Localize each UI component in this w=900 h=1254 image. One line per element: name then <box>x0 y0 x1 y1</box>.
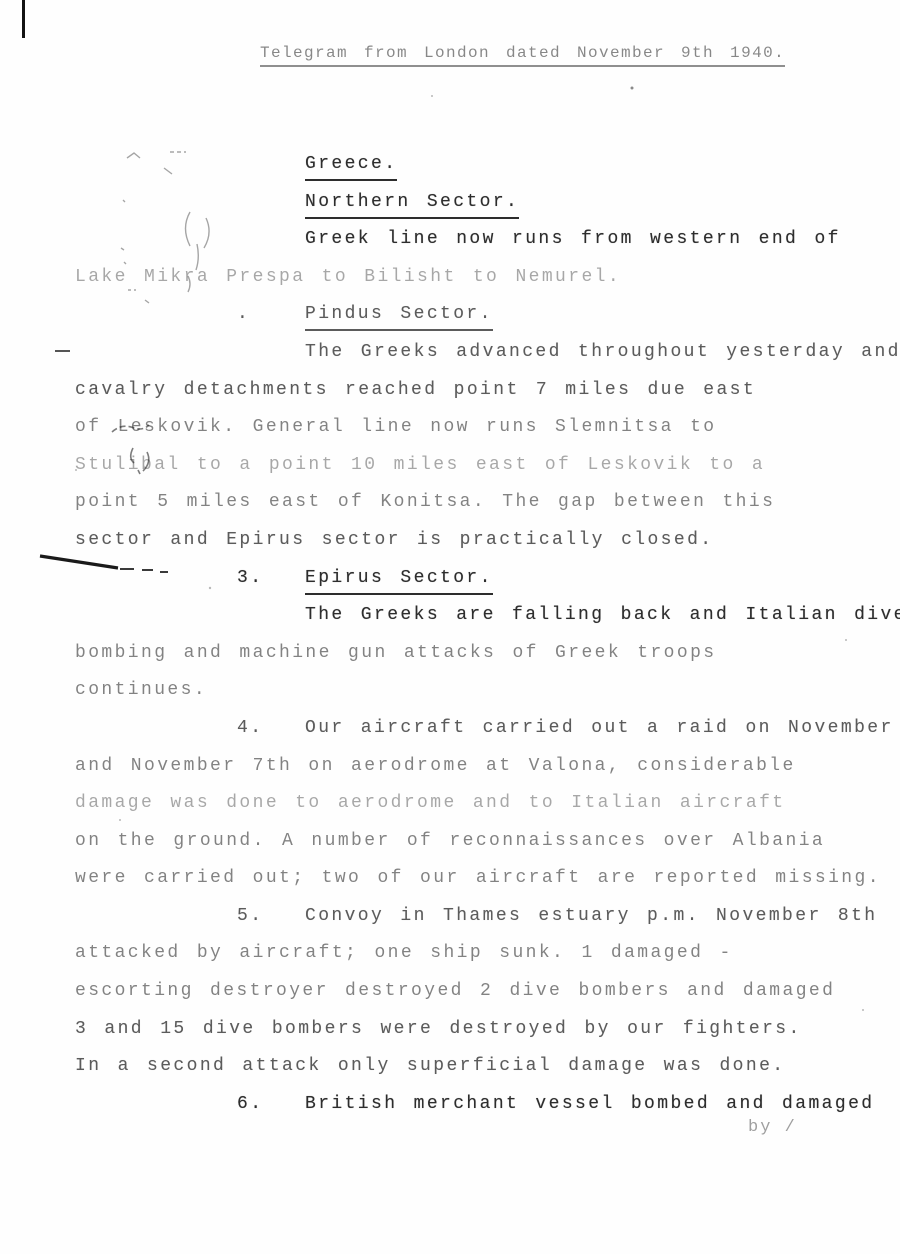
paragraph-number: 6. <box>237 1086 263 1124</box>
text-line: Stulibal to a point 10 miles east of Les… <box>75 447 875 485</box>
text-line: point 5 miles east of Konitsa. The gap b… <box>75 484 875 522</box>
text-line: and November 7th on aerodrome at Valona,… <box>75 748 875 786</box>
scanned-telegram-page: Telegram from London dated November 9th … <box>0 0 900 1254</box>
paragraph-number: 5. <box>237 898 263 936</box>
text-line-paragraph-4: 4. Our aircraft carried out a raid on No… <box>75 710 875 748</box>
text-line: cavalry detachments reached point 7 mile… <box>75 372 875 410</box>
text-line: The Greeks are falling back and Italian … <box>75 597 875 635</box>
document-body: Greece. Northern Sector. Greek line now … <box>75 146 875 1123</box>
text-line: on the ground. A number of reconnaissanc… <box>75 823 875 861</box>
text-line: attacked by aircraft; one ship sunk. 1 d… <box>75 935 875 973</box>
heading-text: Greece. <box>305 149 397 181</box>
heading-pindus-sector: . Pindus Sector. <box>75 296 875 334</box>
text-line: were carried out; two of our aircraft ar… <box>75 860 875 898</box>
text-line: The Greeks advanced throughout yesterday… <box>75 334 875 372</box>
text-line: 3 and 15 dive bombers were destroyed by … <box>75 1011 875 1049</box>
text-line: damage was done to aerodrome and to Ital… <box>75 785 875 823</box>
text-line: Lake Mikra Prespa to Bilisht to Nemurel. <box>75 259 875 297</box>
text-line: of Leskovik. General line now runs Slemn… <box>75 409 875 447</box>
text-line: sector and Epirus sector is practically … <box>75 522 875 560</box>
heading-northern-sector: Northern Sector. <box>75 184 875 222</box>
paragraph-number: . <box>237 296 250 334</box>
heading-greece: Greece. <box>75 146 875 184</box>
text-line: continues. <box>75 672 875 710</box>
heading-epirus-sector: 3. Epirus Sector. <box>75 560 875 598</box>
text-line: In a second attack only superficial dama… <box>75 1048 875 1086</box>
catchword: by / <box>748 1118 797 1137</box>
corner-tick-mark <box>22 0 25 38</box>
text-line: bombing and machine gun attacks of Greek… <box>75 635 875 673</box>
heading-text: Northern Sector. <box>305 187 519 219</box>
text-line: Greek line now runs from western end of <box>75 221 875 259</box>
heading-text: Epirus Sector. <box>305 563 493 595</box>
ink-speck <box>631 87 634 90</box>
document-title: Telegram from London dated November 9th … <box>260 44 785 67</box>
text-line: escorting destroyer destroyed 2 dive bom… <box>75 973 875 1011</box>
text-line-paragraph-5: 5. Convoy in Thames estuary p.m. Novembe… <box>75 898 875 936</box>
heading-text: Pindus Sector. <box>305 299 493 331</box>
paragraph-number: 3. <box>237 560 263 598</box>
paragraph-number: 4. <box>237 710 263 748</box>
